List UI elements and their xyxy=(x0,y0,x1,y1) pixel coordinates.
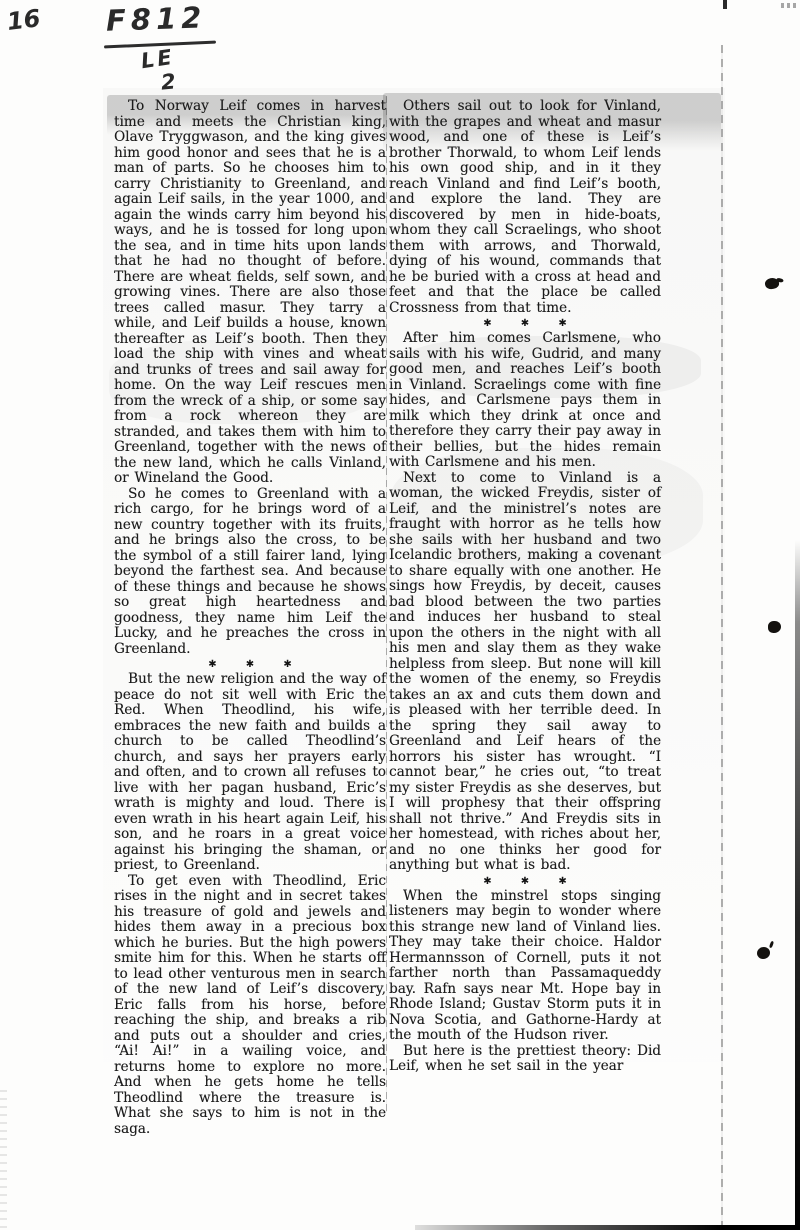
handwritten-call-number-mid: LE xyxy=(140,47,176,72)
scanned-page: 16 F812 LE 2 To Norway Leif comes in har… xyxy=(0,0,800,1230)
article-paragraph: To get even with Theodlind, Eric rises i… xyxy=(114,874,386,1138)
article-paragraph: But here is the prettiest theory: Did Le… xyxy=(389,1044,661,1075)
ink-blot-3 xyxy=(757,947,770,959)
article-paragraph: After him comes Carlsmene, who sails wit… xyxy=(389,331,661,471)
clipping-right-edge-line xyxy=(721,45,723,1230)
section-separator: ✱ ✱ ✱ xyxy=(389,318,661,329)
article-column-2: Others sail out to look for Vinland, wit… xyxy=(389,99,661,1075)
article-paragraph: Others sail out to look for Vinland, wit… xyxy=(389,99,661,316)
ink-blot-2 xyxy=(768,621,781,633)
article-paragraph: When the minstrel stops singing listener… xyxy=(389,889,661,1044)
scan-corner-marks xyxy=(781,3,796,8)
article-paragraph: So he comes to Greenland with a rich car… xyxy=(114,487,386,658)
article-paragraph: Next to come to Vinland is a woman, the … xyxy=(389,471,661,874)
section-separator: ✱ ✱ ✱ xyxy=(389,876,661,887)
newspaper-clipping: To Norway Leif comes in harvest time and… xyxy=(103,88,725,1132)
column-divider-rule xyxy=(386,96,387,1112)
clipping-edge-tick xyxy=(723,0,727,9)
article-paragraph: To Norway Leif comes in harvest time and… xyxy=(114,99,386,487)
handwritten-page-number: 16 xyxy=(6,6,42,34)
handwritten-call-number-top: F812 xyxy=(106,3,207,35)
section-separator: ✱ ✱ ✱ xyxy=(114,659,386,670)
article-paragraph: But the new religion and the way of peac… xyxy=(114,672,386,874)
scan-speckle-left-edge xyxy=(0,1090,7,1230)
page-right-edge-shadow xyxy=(795,540,800,1230)
ink-blot-1 xyxy=(764,277,780,291)
page-bottom-edge-shadow xyxy=(415,1225,800,1230)
article-column-1: To Norway Leif comes in harvest time and… xyxy=(114,99,386,1137)
